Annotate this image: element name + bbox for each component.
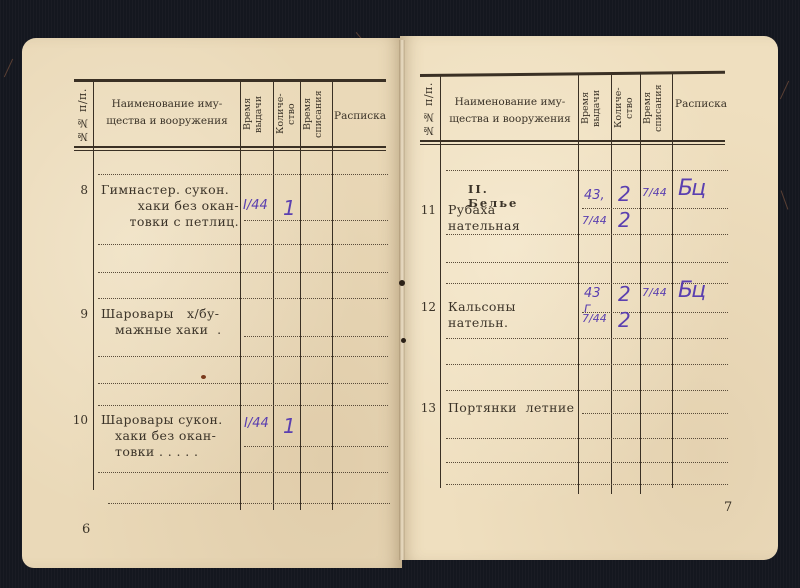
binding-stitch — [401, 338, 406, 343]
book-spine — [399, 40, 405, 560]
writeoff-handwritten: 7/44 — [642, 286, 667, 299]
row-number: 8 — [68, 183, 88, 197]
quantity-handwritten: 2 — [618, 208, 631, 232]
header-quantity: Количе-ство — [613, 78, 639, 138]
issue-time-handwritten: I/44 — [244, 416, 269, 431]
header-number-col: №№ п/п. — [76, 88, 92, 144]
row-number: 10 — [68, 413, 88, 427]
loose-thread — [780, 81, 789, 100]
item-name: Шаровары х/бу- мажные хаки . — [101, 306, 239, 338]
issue-time-handwritten: 43, — [584, 188, 605, 203]
item-name: Кальсоны нательн. — [448, 299, 516, 331]
issue-time-handwritten: 7/44 — [582, 312, 607, 325]
page-number-left: 6 — [82, 522, 90, 537]
quantity-handwritten: 2 — [618, 282, 631, 306]
row-number: 9 — [68, 307, 88, 321]
loose-thread — [4, 59, 13, 78]
header-signature: Расписка — [674, 98, 728, 110]
quantity-handwritten: 2 — [618, 182, 631, 206]
loose-thread — [781, 190, 789, 209]
item-name: Гимнастер. сукон. хаки без окан- товки с… — [101, 182, 239, 230]
header-issue-time: Времявыдачи — [580, 78, 610, 138]
row-number: 12 — [416, 300, 436, 314]
header-signature: Расписка — [334, 110, 386, 122]
item-name: Портянки летние — [448, 400, 574, 416]
header-writeoff: Времясписания — [642, 78, 671, 138]
row-number: 13 — [416, 401, 436, 415]
header-name-col: Наименование иму- щества и вооружения — [96, 96, 238, 130]
quantity-handwritten: 2 — [618, 308, 631, 332]
quantity-handwritten: 1 — [283, 414, 296, 438]
quantity-handwritten: 1 — [283, 196, 296, 220]
item-name: Рубаха нательная — [448, 202, 520, 234]
header-writeoff: Времясписания — [302, 84, 331, 144]
issue-time-handwritten: I/44 — [243, 198, 268, 213]
header-number-col: №№ п/п. — [422, 82, 438, 138]
paper-spot — [201, 375, 206, 379]
header-issue-time: Времявыдачи — [242, 84, 272, 144]
item-name: Шаровары сукон. хаки без окан- товки . .… — [101, 412, 239, 460]
signature-handwritten: Бц — [678, 278, 704, 303]
header-quantity: Количе-ство — [275, 84, 299, 144]
header-name-col: Наименование иму- щества и вооружения — [443, 94, 577, 128]
page-number-right: 7 — [724, 500, 732, 515]
binding-stitch — [399, 280, 405, 286]
row-number: 11 — [416, 203, 436, 217]
signature-handwritten: Бц — [678, 176, 704, 201]
issue-time-handwritten: 7/44 — [582, 214, 607, 227]
writeoff-handwritten: 7/44 — [642, 186, 667, 199]
